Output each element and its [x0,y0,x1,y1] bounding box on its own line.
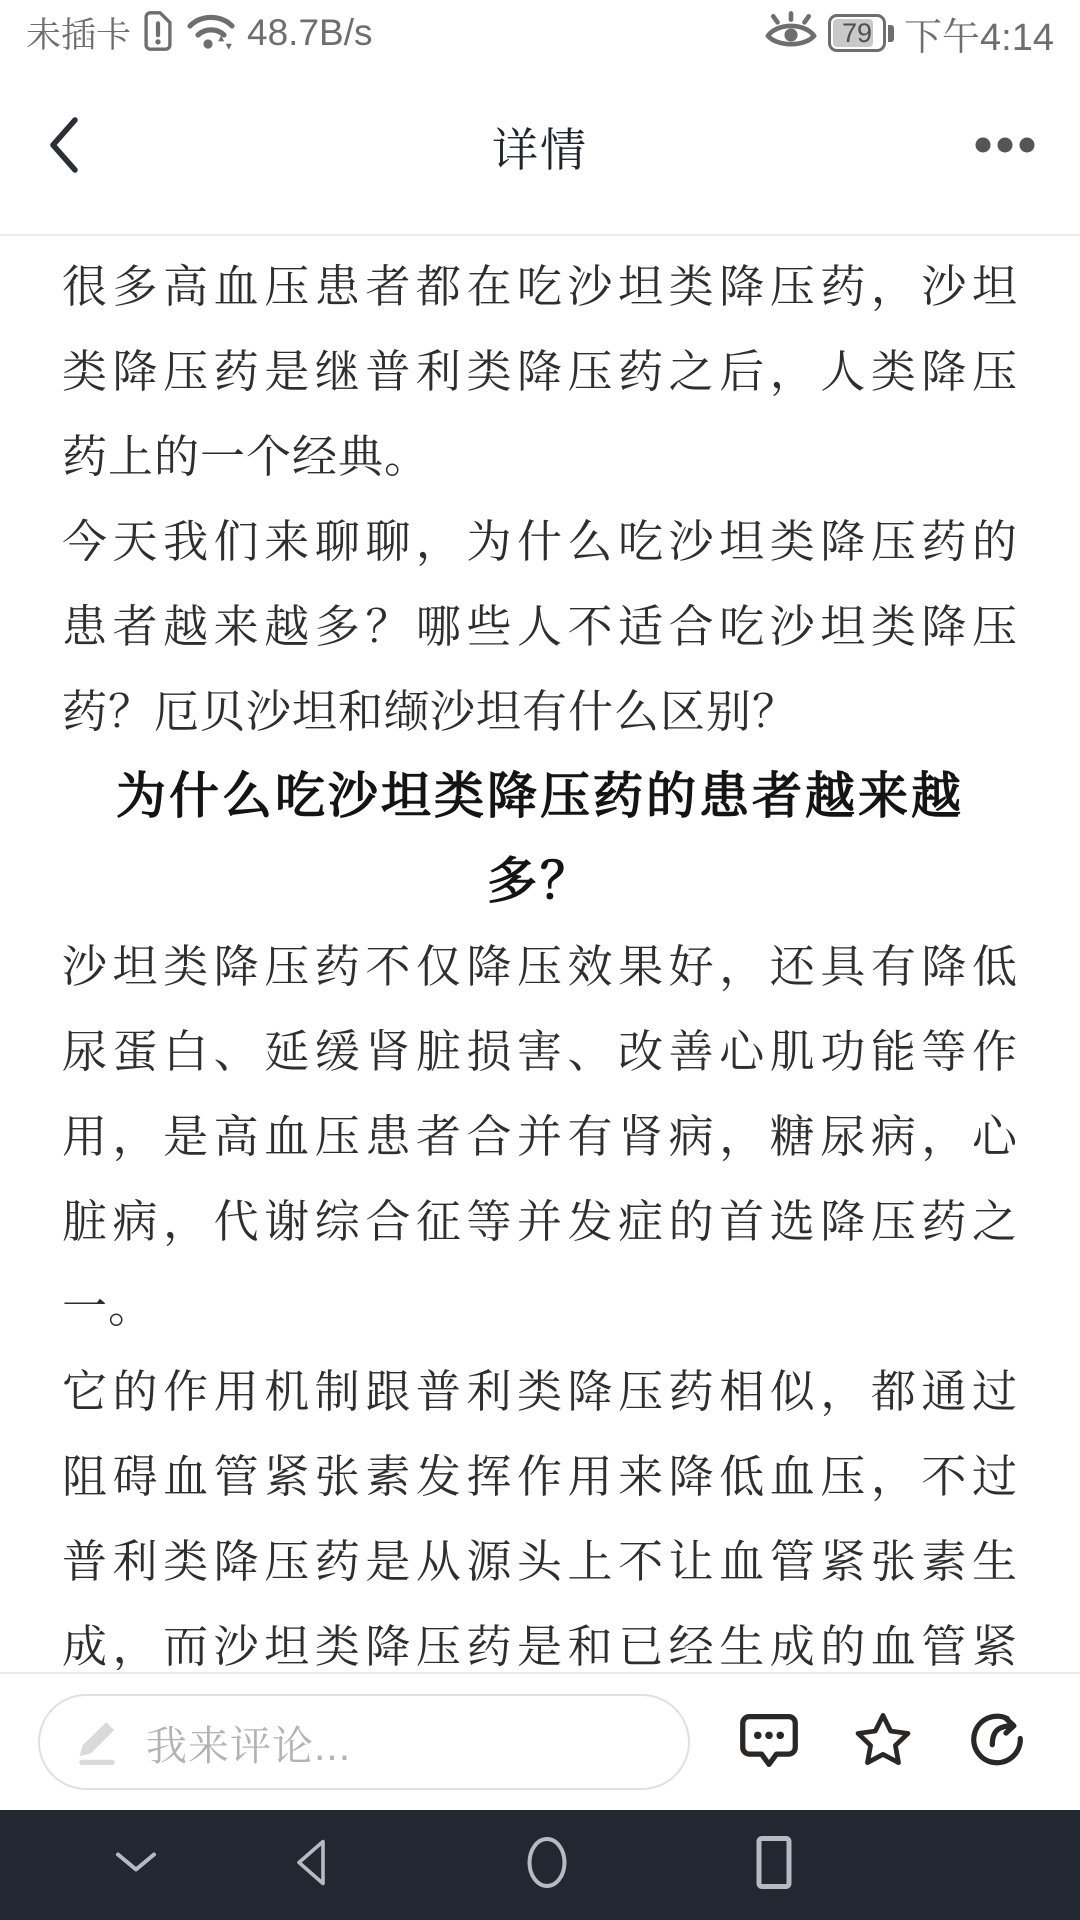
comment-bubble-icon [738,1710,800,1775]
sim-warning-icon [141,10,175,57]
eye-comfort-icon [764,10,818,57]
article-paragraph: 沙坦类降压药不仅降压效果好，还具有降低尿蛋白、延缓肾脏损害、改善心肌功能等作用，… [62,924,1018,1349]
share-refresh-icon [966,1710,1028,1775]
article-body: 很多高血压患者都在吃沙坦类降压药，沙坦类降压药是继普利类降压药之后，人类降压药上… [0,236,1080,1670]
text-line: 成，而沙坦类降压药是和已经生成的血管紧 [62,1604,1018,1670]
status-time: 下午4:14 [904,6,1054,61]
text-line: 用，是高血压患者合并有肾病，糖尿病，心 [62,1094,1018,1179]
text-line: 今天我们来聊聊，为什么吃沙坦类降压药的 [62,499,1018,584]
share-button[interactable] [966,1710,1028,1775]
article-paragraph: 它的作用机制跟普利类降压药相似，都通过阻碍血管紧张素发挥作用来降低血压，不过普利… [62,1349,1018,1670]
text-line: 脏病，代谢综合征等并发症的首选降压药之 [62,1179,1018,1264]
status-bar: 未插卡 48.7B/s [0,0,1080,60]
text-line: 药？厄贝沙坦和缬沙坦有什么区别？ [62,669,1018,754]
article-paragraph: 今天我们来聊聊，为什么吃沙坦类降压药的患者越来越多？哪些人不适合吃沙坦类降压药？… [62,499,1018,754]
wifi-icon [185,9,237,58]
recents-button[interactable] [753,1834,795,1897]
pencil-icon [68,1712,124,1773]
recents-square-icon [753,1834,795,1897]
battery-indicator: 79 [828,14,894,52]
comments-button[interactable] [738,1710,800,1775]
chevron-down-icon [112,1850,160,1881]
app-header: 详情 [0,60,1080,236]
star-icon [852,1710,914,1775]
comment-input[interactable]: 我来评论... [38,1694,690,1790]
no-sim-label: 未插卡 [26,8,131,58]
text-line: 普利类降压药是从源头上不让血管紧张素生 [62,1519,1018,1604]
network-speed: 48.7B/s [247,12,372,54]
comment-placeholder: 我来评论... [146,1713,351,1772]
text-line: 一。 [62,1264,1018,1349]
text-line: 患者越来越多？哪些人不适合吃沙坦类降压 [62,584,1018,669]
battery-nub [888,25,894,42]
text-line: 很多高血压患者都在吃沙坦类降压药，沙坦 [62,244,1018,329]
article-heading: 为什么吃沙坦类降压药的患者越来越多？ [62,754,1018,924]
text-line: 阻碍血管紧张素发挥作用来降低血压，不过 [62,1434,1018,1519]
text-line: 为什么吃沙坦类降压药的患者越来越 [62,754,1018,839]
text-line: 它的作用机制跟普利类降压药相似，都通过 [62,1349,1018,1434]
ellipsis-icon [974,136,1036,159]
android-navbar [0,1810,1080,1920]
hide-navbar-button[interactable] [112,1850,160,1881]
back-chevron-icon [44,115,82,180]
favorite-button[interactable] [852,1710,914,1775]
back-button[interactable] [44,112,104,182]
home-button[interactable] [524,1834,570,1897]
more-menu-button[interactable] [974,117,1036,177]
text-line: 沙坦类降压药不仅降压效果好，还具有降低 [62,924,1018,1009]
phone-screen: 未插卡 48.7B/s [0,0,1080,1920]
text-line: 多？ [62,839,1018,924]
comment-bar: 我来评论... [0,1672,1080,1810]
page-title: 详情 [492,114,588,180]
text-line: 类降压药是继普利类降压药之后，人类降压 [62,329,1018,414]
back-nav-button[interactable] [290,1836,332,1895]
home-circle-icon [524,1834,570,1897]
article-paragraph: 很多高血压患者都在吃沙坦类降压药，沙坦类降压药是继普利类降压药之后，人类降压药上… [62,244,1018,499]
text-line: 药上的一个经典。 [62,414,1018,499]
back-triangle-icon [290,1836,332,1895]
battery-percent: 79 [842,18,872,49]
text-line: 尿蛋白、延缓肾脏损害、改善心肌功能等作 [62,1009,1018,1094]
